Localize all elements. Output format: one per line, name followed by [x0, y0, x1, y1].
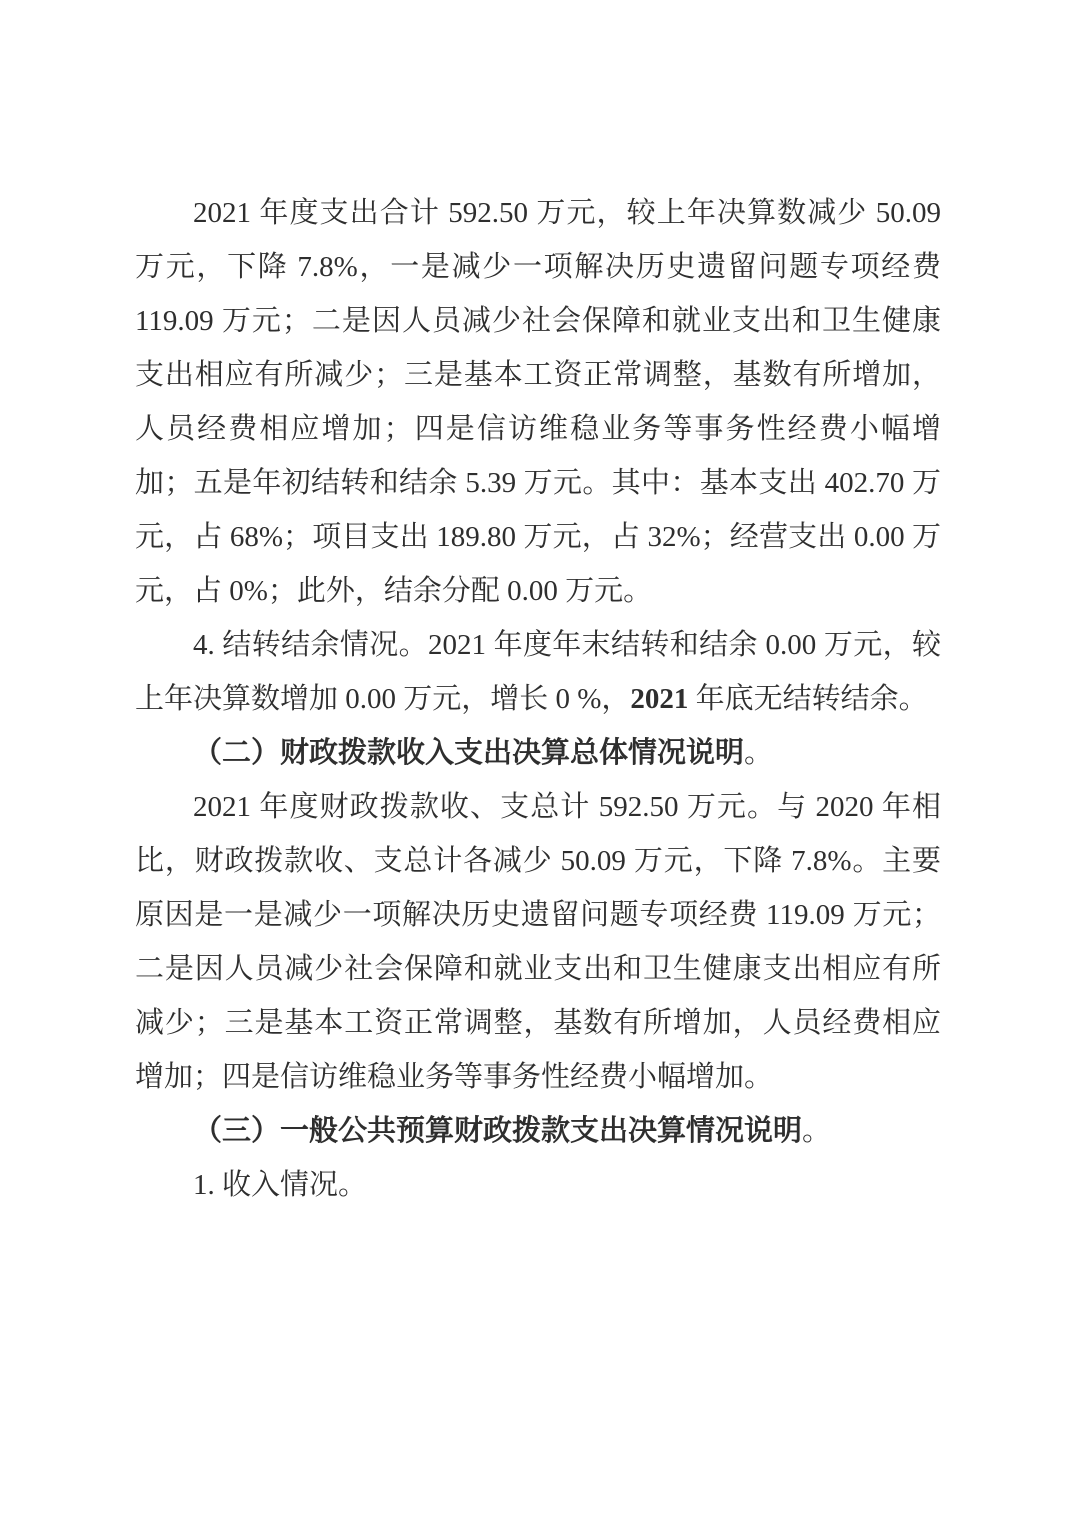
- paragraph-expenditure-total: 2021 年度支出合计 592.50 万元，较上年决算数减少 50.09 万元，…: [135, 186, 941, 618]
- text-segment: 年底无结转结余。: [688, 683, 927, 715]
- paragraph-carryover-status: 4. 结转结余情况。2021 年度年末结转和结余 0.00 万元，较上年决算数增…: [135, 618, 941, 726]
- text-segment-bold-year: 2021: [630, 683, 688, 715]
- heading-text: （三）一般公共预算财政拨款支出决算情况说明: [193, 1115, 802, 1147]
- heading-period: 。: [744, 737, 773, 769]
- section-heading-general-budget-expenditure: （三）一般公共预算财政拨款支出决算情况说明。: [135, 1104, 941, 1158]
- document-body: 2021 年度支出合计 592.50 万元，较上年决算数减少 50.09 万元，…: [135, 186, 941, 1212]
- paragraph-income-situation: 1. 收入情况。: [135, 1158, 941, 1212]
- paragraph-fiscal-appropriation-detail: 2021 年度财政拨款收、支总计 592.50 万元。与 2020 年相比，财政…: [135, 780, 941, 1104]
- heading-text: （二）财政拨款收入支出决算总体情况说明: [193, 737, 744, 769]
- section-heading-fiscal-appropriation-overview: （二）财政拨款收入支出决算总体情况说明。: [135, 726, 941, 780]
- document-page: 2021 年度支出合计 592.50 万元，较上年决算数减少 50.09 万元，…: [0, 0, 1075, 1521]
- heading-period: 。: [802, 1115, 831, 1147]
